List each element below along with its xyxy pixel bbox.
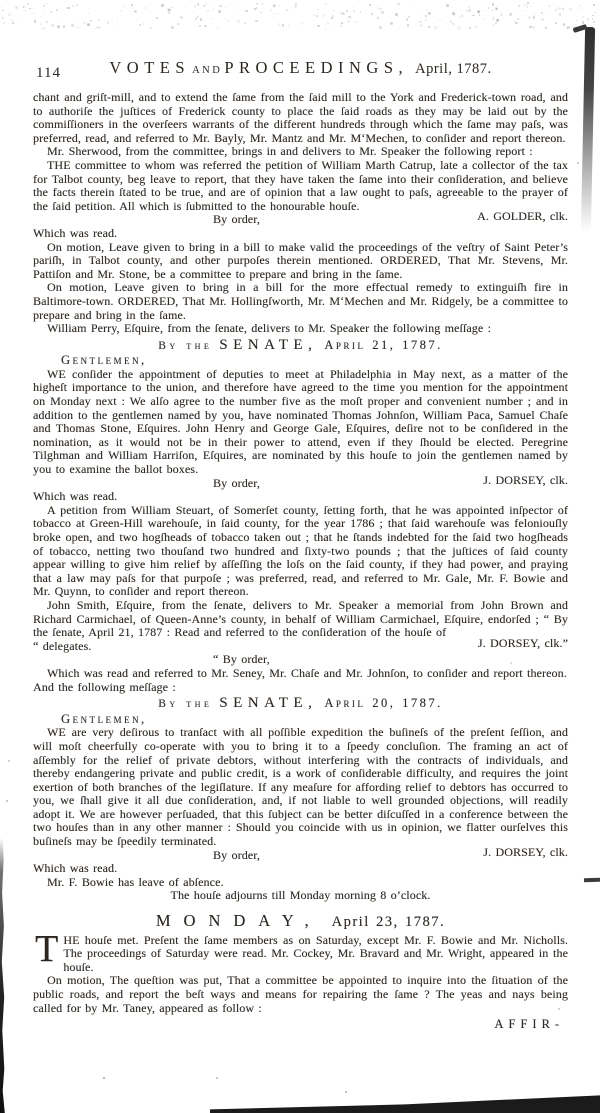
scan-speck [213, 7, 215, 9]
scan-speck [225, 7, 226, 8]
scan-speck [478, 11, 480, 13]
scan-speck [77, 26, 80, 29]
scan-speck [49, 14, 50, 15]
scan-speck [256, 7, 258, 9]
scan-speck [72, 5, 74, 7]
scan-speck [331, 17, 332, 18]
scan-speck [94, 28, 95, 29]
clerk-signature: J. DORSEY, clk.” [478, 637, 568, 651]
body-paragraph: chant and griſt-mill, and to extend the … [33, 91, 568, 145]
scan-speck [530, 6, 531, 7]
scan-speck [243, 11, 244, 12]
senate-heading: By theSENATE,April 20, 1787. [33, 697, 568, 712]
day-heading-word: MONDAY, [156, 911, 322, 930]
scan-speck [425, 19, 427, 21]
scan-speck [450, 22, 452, 24]
scan-speck [58, 27, 60, 29]
scan-speck [423, 15, 424, 16]
scan-speck [339, 11, 342, 14]
scan-speck [29, 8, 31, 10]
scan-speck [492, 3, 495, 6]
scan-speck [282, 24, 285, 27]
scan-speck [24, 6, 26, 8]
scan-speck [294, 5, 297, 8]
scan-speck [511, 12, 513, 14]
scan-speck [317, 25, 320, 28]
scan-speck [497, 19, 499, 21]
scan-speck [526, 5, 528, 7]
clerk-signature: A. GOLDER, clk. [477, 210, 568, 224]
scan-speck [492, 24, 495, 27]
scan-speck [79, 17, 80, 18]
scan-speck [517, 18, 519, 20]
scan-speck [204, 25, 206, 27]
page-title: VOTESANDPROCEEDINGS, April, 1787. [33, 56, 568, 78]
scan-speck [496, 8, 499, 11]
body-paragraph: And the following meſſage : [33, 681, 568, 695]
title-proceedings: PROCEEDINGS, [224, 58, 408, 77]
senate-heading-word: SENATE, [219, 695, 317, 711]
title-date: April, 1787. [415, 61, 491, 77]
scan-speck [466, 10, 468, 12]
scan-edge-right-dash [584, 878, 600, 883]
scanned-document-page: 114 VOTESANDPROCEEDINGS, April, 1787. ch… [0, 0, 600, 1113]
scan-speck [371, 13, 373, 15]
scan-speck [515, 22, 518, 25]
scan-speck [197, 3, 199, 5]
scan-speck [566, 27, 568, 29]
scan-speck [273, 5, 275, 7]
scan-speck [344, 13, 345, 14]
scan-speck [143, 23, 144, 24]
scan-speck [379, 8, 381, 10]
scan-speck [317, 9, 318, 10]
scan-speck [184, 6, 185, 7]
scan-speck [488, 7, 489, 8]
scan-speck [327, 22, 329, 24]
scan-speck [514, 20, 516, 22]
scan-speck [236, 12, 237, 13]
scan-speck [46, 21, 48, 23]
quoted-continuation: “ delegates. [33, 640, 91, 654]
scan-speck [439, 19, 441, 21]
scan-speck [46, 3, 48, 5]
scan-speck [234, 6, 235, 7]
scan-speck [34, 13, 36, 15]
scan-speck [333, 10, 334, 11]
scan-speck [316, 15, 318, 17]
title-and: AND [192, 65, 222, 76]
scan-speck [278, 5, 280, 7]
scan-speck [51, 11, 52, 12]
scan-speck [134, 10, 137, 13]
scan-speck [15, 6, 18, 9]
page-number: 114 [36, 65, 61, 82]
scan-speck [468, 9, 471, 12]
scan-speck [43, 5, 45, 7]
body-paragraph: A petition from William Steuart, of Some… [33, 504, 568, 599]
scan-speck [34, 18, 35, 19]
scan-speck [8, 760, 10, 762]
quoted-continuation-line: “ delegates. J. DORSEY, clk.” [33, 640, 568, 654]
scan-speck [485, 10, 486, 11]
scan-speck [500, 13, 503, 16]
scan-speck [423, 25, 425, 27]
scan-speck [262, 3, 264, 5]
scan-speck [168, 11, 170, 13]
salutation: Gentlemen, [61, 713, 568, 727]
scan-speck [461, 15, 463, 17]
scan-speck [40, 16, 42, 18]
scan-speck [562, 8, 564, 10]
scan-speck [509, 13, 512, 16]
scan-speck [420, 24, 423, 27]
scan-speck [57, 25, 60, 28]
scan-speck [345, 1091, 347, 1093]
scan-speck [492, 9, 493, 10]
scan-speck [563, 23, 565, 25]
scan-speck [120, 10, 122, 12]
scan-speck [256, 3, 258, 5]
scan-speck [479, 14, 481, 16]
scan-speck [587, 18, 590, 21]
scan-speck [24, 10, 25, 11]
scan-speck [296, 28, 297, 29]
scan-speck [23, 6, 24, 7]
scan-speck [58, 16, 59, 17]
scan-speck [495, 7, 498, 10]
scan-speck [576, 20, 578, 22]
scan-speck [527, 2, 529, 4]
scan-speck [469, 27, 471, 29]
scan-speck [493, 19, 495, 21]
scan-speck [595, 12, 596, 13]
scan-speck [202, 19, 203, 20]
scan-edge-bottom-wedge [210, 1095, 600, 1113]
scan-speck [495, 22, 497, 24]
scan-speck [406, 18, 409, 21]
scan-speck [340, 25, 342, 27]
scan-speck [34, 20, 37, 23]
day-heading-date: April 23, 1787. [332, 914, 446, 930]
scan-speck [377, 7, 380, 10]
scan-speck [2, 10, 4, 12]
scan-speck [369, 4, 371, 6]
body-paragraph: Which was read. [33, 490, 568, 504]
scan-speck [458, 25, 459, 26]
scan-speck [547, 12, 548, 13]
scan-speck [377, 17, 379, 19]
scan-speck [6, 800, 8, 802]
scan-speck [254, 8, 256, 10]
scan-speck [473, 14, 475, 16]
scan-speck [33, 8, 34, 9]
senate-heading-date: April 20, 1787. [324, 696, 442, 710]
scan-speck [446, 4, 449, 7]
scan-speck [43, 3, 44, 4]
scan-speck [353, 10, 355, 12]
scan-speck [40, 23, 42, 25]
scan-speck [419, 21, 421, 23]
scan-speck [577, 162, 579, 164]
body-paragraph: William Perry, Eſquire, from the ſenate,… [33, 322, 568, 336]
scan-speck [346, 10, 347, 11]
scan-speck [541, 12, 543, 14]
scan-speck [477, 10, 480, 13]
scan-speck [270, 9, 273, 12]
by-order-line: By order, A. GOLDER, clk. [33, 213, 568, 227]
scan-speck [452, 12, 455, 15]
scan-speck [468, 6, 470, 8]
scan-speck [453, 23, 454, 24]
scan-speck [255, 20, 257, 22]
scan-speck [2, 17, 4, 19]
title-votes: VOTES [109, 58, 190, 77]
scan-speck [459, 17, 460, 18]
adjournment-line: The houſe adjourns till Monday morning 8… [33, 889, 568, 903]
scan-speck [483, 18, 485, 20]
scan-speck [350, 17, 351, 18]
page-header: 114 VOTESANDPROCEEDINGS, April, 1787. [33, 56, 568, 86]
clerk-signature: J. DORSEY, clk. [483, 846, 568, 860]
scan-speck [291, 12, 292, 13]
scan-speck [474, 26, 477, 29]
day-heading: MONDAY,April 23, 1787. [33, 914, 568, 930]
scan-speck [278, 23, 280, 25]
scan-speck [457, 26, 458, 27]
scan-speck [522, 10, 523, 11]
scan-speck [225, 18, 226, 19]
scan-speck [493, 17, 494, 18]
document-body: chant and griſt-mill, and to extend the … [33, 91, 568, 1032]
scan-speck [195, 18, 197, 20]
scan-speck [67, 7, 70, 10]
scan-speck [56, 9, 58, 11]
scan-speck [332, 15, 334, 17]
scan-speck [219, 5, 221, 7]
body-paragraph: Mr. F. Bowie has leave of abſence. [33, 876, 568, 890]
scan-speck [408, 16, 411, 19]
body-paragraph: Which was read. [33, 862, 568, 876]
scan-speck [111, 20, 112, 21]
scan-speck [434, 26, 437, 29]
body-paragraph: THE committee to whom was referred the p… [33, 159, 568, 213]
scan-speck [96, 27, 97, 28]
scan-speck [426, 9, 428, 11]
scan-speck [150, 27, 152, 29]
scan-speck [193, 12, 194, 13]
body-paragraph: On motion, The queſtion was put, That a … [33, 974, 568, 1015]
scan-speck [200, 18, 203, 21]
scan-speck [518, 5, 520, 7]
dropcap-initial: T [33, 934, 63, 963]
scan-speck [132, 7, 133, 8]
scan-speck [203, 5, 205, 7]
scan-speck [212, 10, 213, 11]
scan-speck [322, 14, 325, 17]
scan-speck [97, 26, 100, 29]
scan-speck [217, 27, 218, 28]
by-order-line: By order, J. DORSEY, clk. [33, 849, 568, 863]
scan-speck [496, 19, 499, 22]
scan-speck [8, 13, 11, 16]
scan-speck [63, 25, 66, 28]
scan-speck [212, 18, 214, 20]
scan-edge-right-strip [581, 27, 595, 232]
scan-speck [11, 19, 14, 22]
scan-speck [171, 7, 172, 8]
scan-speck [532, 26, 535, 29]
scan-speck [325, 28, 327, 30]
scan-speck [98, 19, 101, 22]
scan-speck [472, 15, 473, 16]
senate-heading-word: SENATE, [219, 337, 317, 353]
scan-speck [302, 22, 304, 24]
scan-speck [286, 9, 287, 10]
scan-speck [131, 4, 133, 6]
scan-speck [549, 5, 550, 6]
scan-speck [593, 21, 595, 23]
scan-speck [88, 13, 89, 14]
scan-speck [87, 23, 89, 25]
scan-speck [559, 13, 562, 16]
scan-speck [347, 20, 350, 23]
body-paragraph: WE are very deſirous to tranſact with al… [33, 726, 568, 848]
body-paragraph: Which was read. [33, 227, 568, 241]
senate-heading-by: By the [158, 698, 212, 710]
by-order-label: By order, [213, 849, 260, 863]
scan-speck [103, 1077, 105, 1079]
scan-speck [506, 10, 507, 11]
body-paragraph: Which was read and referred to Mr. Seney… [33, 667, 568, 681]
scan-speck [533, 16, 535, 18]
scan-speck [3, 22, 5, 24]
clerk-signature: J. DORSEY, clk. [483, 474, 568, 488]
scan-speck [42, 27, 45, 30]
scan-speck [16, 21, 17, 22]
scan-speck [274, 13, 275, 14]
scan-speck [395, 13, 398, 16]
scan-speck [123, 6, 124, 7]
scan-speck [592, 15, 594, 17]
scan-speck [207, 10, 209, 12]
scan-speck [44, 13, 45, 14]
body-paragraph: Mr. Sherwood, from the committee, brings… [33, 145, 568, 159]
scan-speck [168, 9, 170, 11]
body-paragraph: WE conſider the appointment of deputies … [33, 368, 568, 477]
scan-speck [114, 24, 115, 25]
scan-speck [132, 14, 134, 16]
scan-speck [278, 13, 279, 14]
scan-speck [558, 7, 561, 10]
scan-speck [569, 8, 571, 10]
scan-speck [390, 22, 393, 25]
scan-speck [332, 25, 333, 26]
scan-speck [579, 5, 582, 8]
scan-speck [161, 4, 164, 7]
scan-speck [197, 16, 199, 18]
scan-speck [411, 5, 412, 6]
scan-speck [453, 13, 456, 16]
scan-speck [397, 3, 400, 6]
scan-speck [177, 23, 180, 26]
scan-speck [139, 24, 141, 26]
scan-speck [218, 10, 221, 13]
scan-speck [90, 20, 93, 23]
scan-speck [428, 12, 430, 14]
scan-speck [381, 11, 384, 14]
scan-speck [379, 26, 382, 29]
scan-speck [71, 24, 74, 27]
dropcap-text: HE houſe met. Preſent the ſame members a… [63, 933, 568, 974]
dropcap-paragraph: THE houſe met. Preſent the ſame members … [33, 934, 568, 975]
scan-speck [156, 17, 158, 19]
body-paragraph: On motion, Leave given to bring in a bil… [33, 241, 568, 282]
scan-speck [360, 11, 362, 13]
scan-speck [194, 5, 197, 8]
scan-speck [313, 14, 315, 16]
scan-speck [460, 9, 461, 10]
by-order-label: By order, [213, 213, 260, 227]
body-paragraph: On motion, Leave given to bring in a bil… [33, 281, 568, 322]
scan-speck [555, 9, 557, 11]
scan-speck [428, 26, 430, 28]
by-order-label: By order, [213, 477, 260, 491]
scan-speck [45, 10, 46, 11]
scan-speck [76, 4, 78, 6]
scan-speck [291, 13, 292, 14]
scan-speck [195, 19, 196, 20]
scan-speck [582, 16, 584, 18]
scan-speck [348, 16, 351, 19]
scan-speck [523, 4, 525, 6]
senate-heading-by: By the [158, 340, 212, 352]
scan-speck [276, 5, 278, 7]
body-paragraph: John Smith, Eſquire, from the ſenate, de… [33, 599, 568, 640]
scan-speck [273, 4, 276, 7]
scan-speck [450, 20, 452, 22]
scan-speck [577, 7, 579, 9]
scan-speck [341, 22, 343, 24]
scan-speck [295, 3, 297, 5]
scan-speck [288, 25, 289, 26]
scan-speck [245, 10, 247, 12]
senate-heading-date: April 21, 1787. [324, 338, 442, 352]
by-order-line: “ By order, [33, 653, 568, 667]
scan-speck [403, 17, 404, 18]
scan-speck [260, 12, 262, 14]
scan-speck [180, 16, 183, 19]
senate-heading: By theSENATE,April 21, 1787. [33, 339, 568, 354]
scan-speck [1, 6, 2, 7]
scan-speck [355, 21, 357, 23]
scan-speck [555, 22, 557, 24]
scan-speck [107, 21, 109, 23]
scan-speck [83, 22, 86, 25]
scan-speck [528, 16, 531, 19]
scan-speck [51, 24, 54, 27]
by-order-label: “ By order, [213, 653, 270, 667]
scan-speck [341, 13, 343, 15]
scan-speck [237, 20, 240, 23]
scan-speck [205, 3, 208, 6]
salutation: Gentlemen, [61, 354, 568, 368]
scan-speck [167, 8, 170, 11]
scan-speck [342, 12, 344, 14]
scan-speck [117, 18, 118, 19]
by-order-line: By order, J. DORSEY, clk. [33, 477, 568, 491]
scan-speck [12, 22, 14, 24]
